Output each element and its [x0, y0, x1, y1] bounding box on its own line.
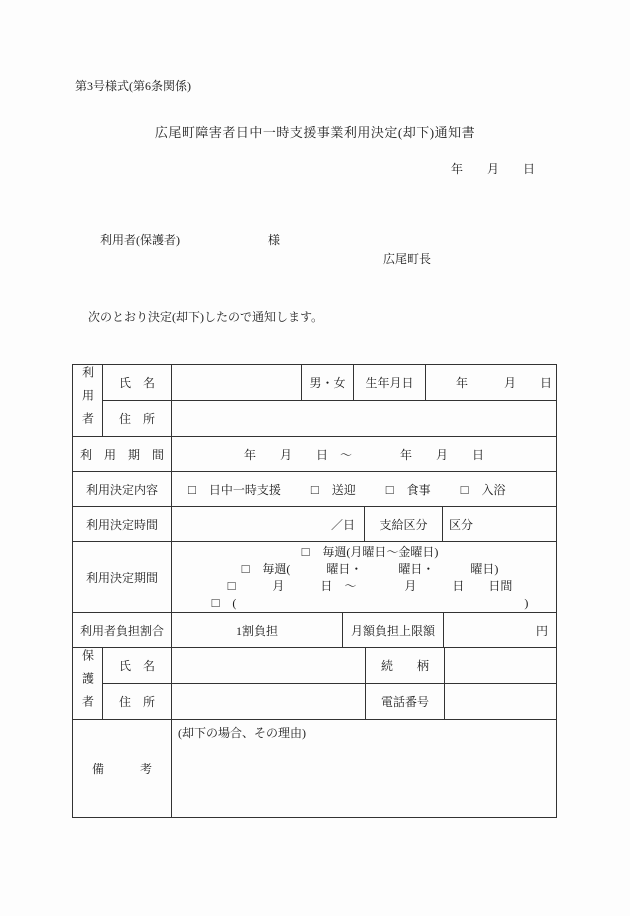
period-option-other[interactable]: □ ( ) — [212, 595, 529, 611]
relation-label: 続 柄 — [366, 648, 445, 683]
guardian-name-label: 氏 名 — [103, 648, 172, 683]
guardian-section: 保護者 氏 名 続 柄 住 所 電話番号 — [73, 648, 556, 720]
monthly-cap-label: 月額負担上限額 — [343, 613, 444, 647]
decision-content-row: 利用決定内容 □ 日中一時支援 □ 送迎 □ 食事 □ 入浴 — [73, 472, 556, 507]
option-bath[interactable]: □ 入浴 — [461, 481, 506, 498]
remarks-label: 備 考 — [73, 720, 172, 817]
addressee-label: 利用者(保護者) — [100, 233, 180, 247]
addressee-honorific: 様 — [268, 233, 280, 247]
remarks-field: (却下の場合、その理由) — [172, 720, 556, 817]
birth-date-field: 年 月 日 — [426, 365, 556, 400]
period-option-label: 月 日 ～ 月 日 日間 — [248, 578, 512, 594]
user-name-label: 氏 名 — [103, 365, 172, 400]
page-title: 広尾町障害者日中一時支援事業利用決定(却下)通知書 — [0, 122, 630, 141]
decision-content-options: □ 日中一時支援 □ 送迎 □ 食事 □ 入浴 — [172, 472, 556, 506]
burden-ratio-label: 利用者負担割合 — [73, 613, 172, 647]
guardian-name-row: 氏 名 続 柄 — [103, 648, 556, 684]
notification-form-page: 第3号様式(第6条関係) 広尾町障害者日中一時支援事業利用決定(却下)通知書 年… — [0, 0, 630, 916]
checkbox-icon[interactable]: □ — [302, 545, 310, 558]
decision-period-label: 利用決定期間 — [73, 542, 172, 612]
phone-label: 電話番号 — [366, 684, 445, 719]
decision-period-row: 利用決定期間 □ 毎週(月曜日～金曜日) □ 毎週( 曜日・ 曜日・ 曜日) □… — [73, 542, 556, 613]
monthly-cap-field: 円 — [444, 613, 556, 647]
use-period-label: 利 用 期 間 — [73, 437, 172, 471]
remarks-note: (却下の場合、その理由) — [178, 724, 306, 741]
supply-category-label: 支給区分 — [365, 507, 443, 541]
burden-ratio-row: 利用者負担割合 1割負担 月額負担上限額 円 — [73, 613, 556, 648]
burden-ratio-value: 1割負担 — [172, 613, 343, 647]
period-option-label: ( ) — [232, 595, 528, 611]
guardian-address-row: 住 所 電話番号 — [103, 684, 556, 719]
user-name-field — [172, 365, 302, 400]
user-section: 利用者 氏 名 男・女 生年月日 年 月 日 住 所 — [73, 365, 556, 437]
user-group-header: 利用者 — [73, 365, 103, 436]
user-group-label: 利用者 — [82, 366, 94, 435]
guardian-group-header: 保護者 — [73, 648, 103, 719]
option-meal[interactable]: □ 食事 — [386, 481, 431, 498]
checkbox-icon[interactable]: □ — [212, 596, 220, 609]
period-option-weekly-custom[interactable]: □ 毎週( 曜日・ 曜日・ 曜日) — [242, 561, 499, 577]
intro-sentence: 次のとおり決定(却下)したので通知します。 — [88, 308, 323, 325]
guardian-group-label: 保護者 — [82, 649, 94, 718]
checkbox-icon[interactable]: □ — [311, 483, 319, 496]
phone-field — [445, 684, 556, 719]
option-label: 入浴 — [481, 481, 505, 498]
sex-label: 男・女 — [302, 365, 354, 400]
decision-time-row: 利用決定時間 ／日 支給区分 区分 — [73, 507, 556, 542]
checkbox-icon[interactable]: □ — [228, 579, 236, 592]
period-option-label: 毎週(月曜日～金曜日) — [322, 544, 438, 560]
period-option-date-range[interactable]: □ 月 日 ～ 月 日 日間 — [228, 578, 513, 594]
addressee-line: 利用者(保護者)様 — [88, 216, 280, 263]
guardian-address-field — [172, 684, 366, 719]
issuer-name: 広尾町長 — [383, 250, 431, 267]
decision-time-label: 利用決定時間 — [73, 507, 172, 541]
birth-label: 生年月日 — [354, 365, 426, 400]
form-number: 第3号様式(第6条関係) — [75, 77, 191, 94]
user-name-row: 氏 名 男・女 生年月日 年 月 日 — [103, 365, 556, 401]
user-address-field — [172, 401, 556, 436]
option-transport[interactable]: □ 送迎 — [311, 481, 356, 498]
period-option-weekly-weekdays[interactable]: □ 毎週(月曜日～金曜日) — [302, 544, 439, 560]
guardian-name-field — [172, 648, 366, 683]
option-label: 送迎 — [332, 481, 356, 498]
supply-category-field: 区分 — [443, 507, 556, 541]
remarks-row: 備 考 (却下の場合、その理由) — [73, 720, 556, 817]
decision-table: 利用者 氏 名 男・女 生年月日 年 月 日 住 所 利 用 期 間 年 月 — [72, 364, 557, 818]
user-address-label: 住 所 — [103, 401, 172, 436]
checkbox-icon[interactable]: □ — [386, 483, 394, 496]
option-label: 日中一時支援 — [209, 481, 281, 498]
option-label: 食事 — [407, 481, 431, 498]
decision-content-label: 利用決定内容 — [73, 472, 172, 506]
use-period-row: 利 用 期 間 年 月 日 ～ 年 月 日 — [73, 437, 556, 472]
use-period-value: 年 月 日 ～ 年 月 日 — [172, 437, 556, 471]
decision-time-field: ／日 — [172, 507, 365, 541]
checkbox-icon[interactable]: □ — [188, 483, 196, 496]
decision-period-options: □ 毎週(月曜日～金曜日) □ 毎週( 曜日・ 曜日・ 曜日) □ 月 日 ～ … — [172, 542, 556, 612]
checkbox-icon[interactable]: □ — [461, 483, 469, 496]
option-day-support[interactable]: □ 日中一時支援 — [188, 481, 281, 498]
period-option-label: 毎週( 曜日・ 曜日・ 曜日) — [262, 561, 498, 577]
guardian-address-label: 住 所 — [103, 684, 172, 719]
issue-date-line: 年 月 日 — [451, 160, 535, 177]
relation-field — [445, 648, 556, 683]
user-address-row: 住 所 — [103, 401, 556, 436]
checkbox-icon[interactable]: □ — [242, 562, 250, 575]
